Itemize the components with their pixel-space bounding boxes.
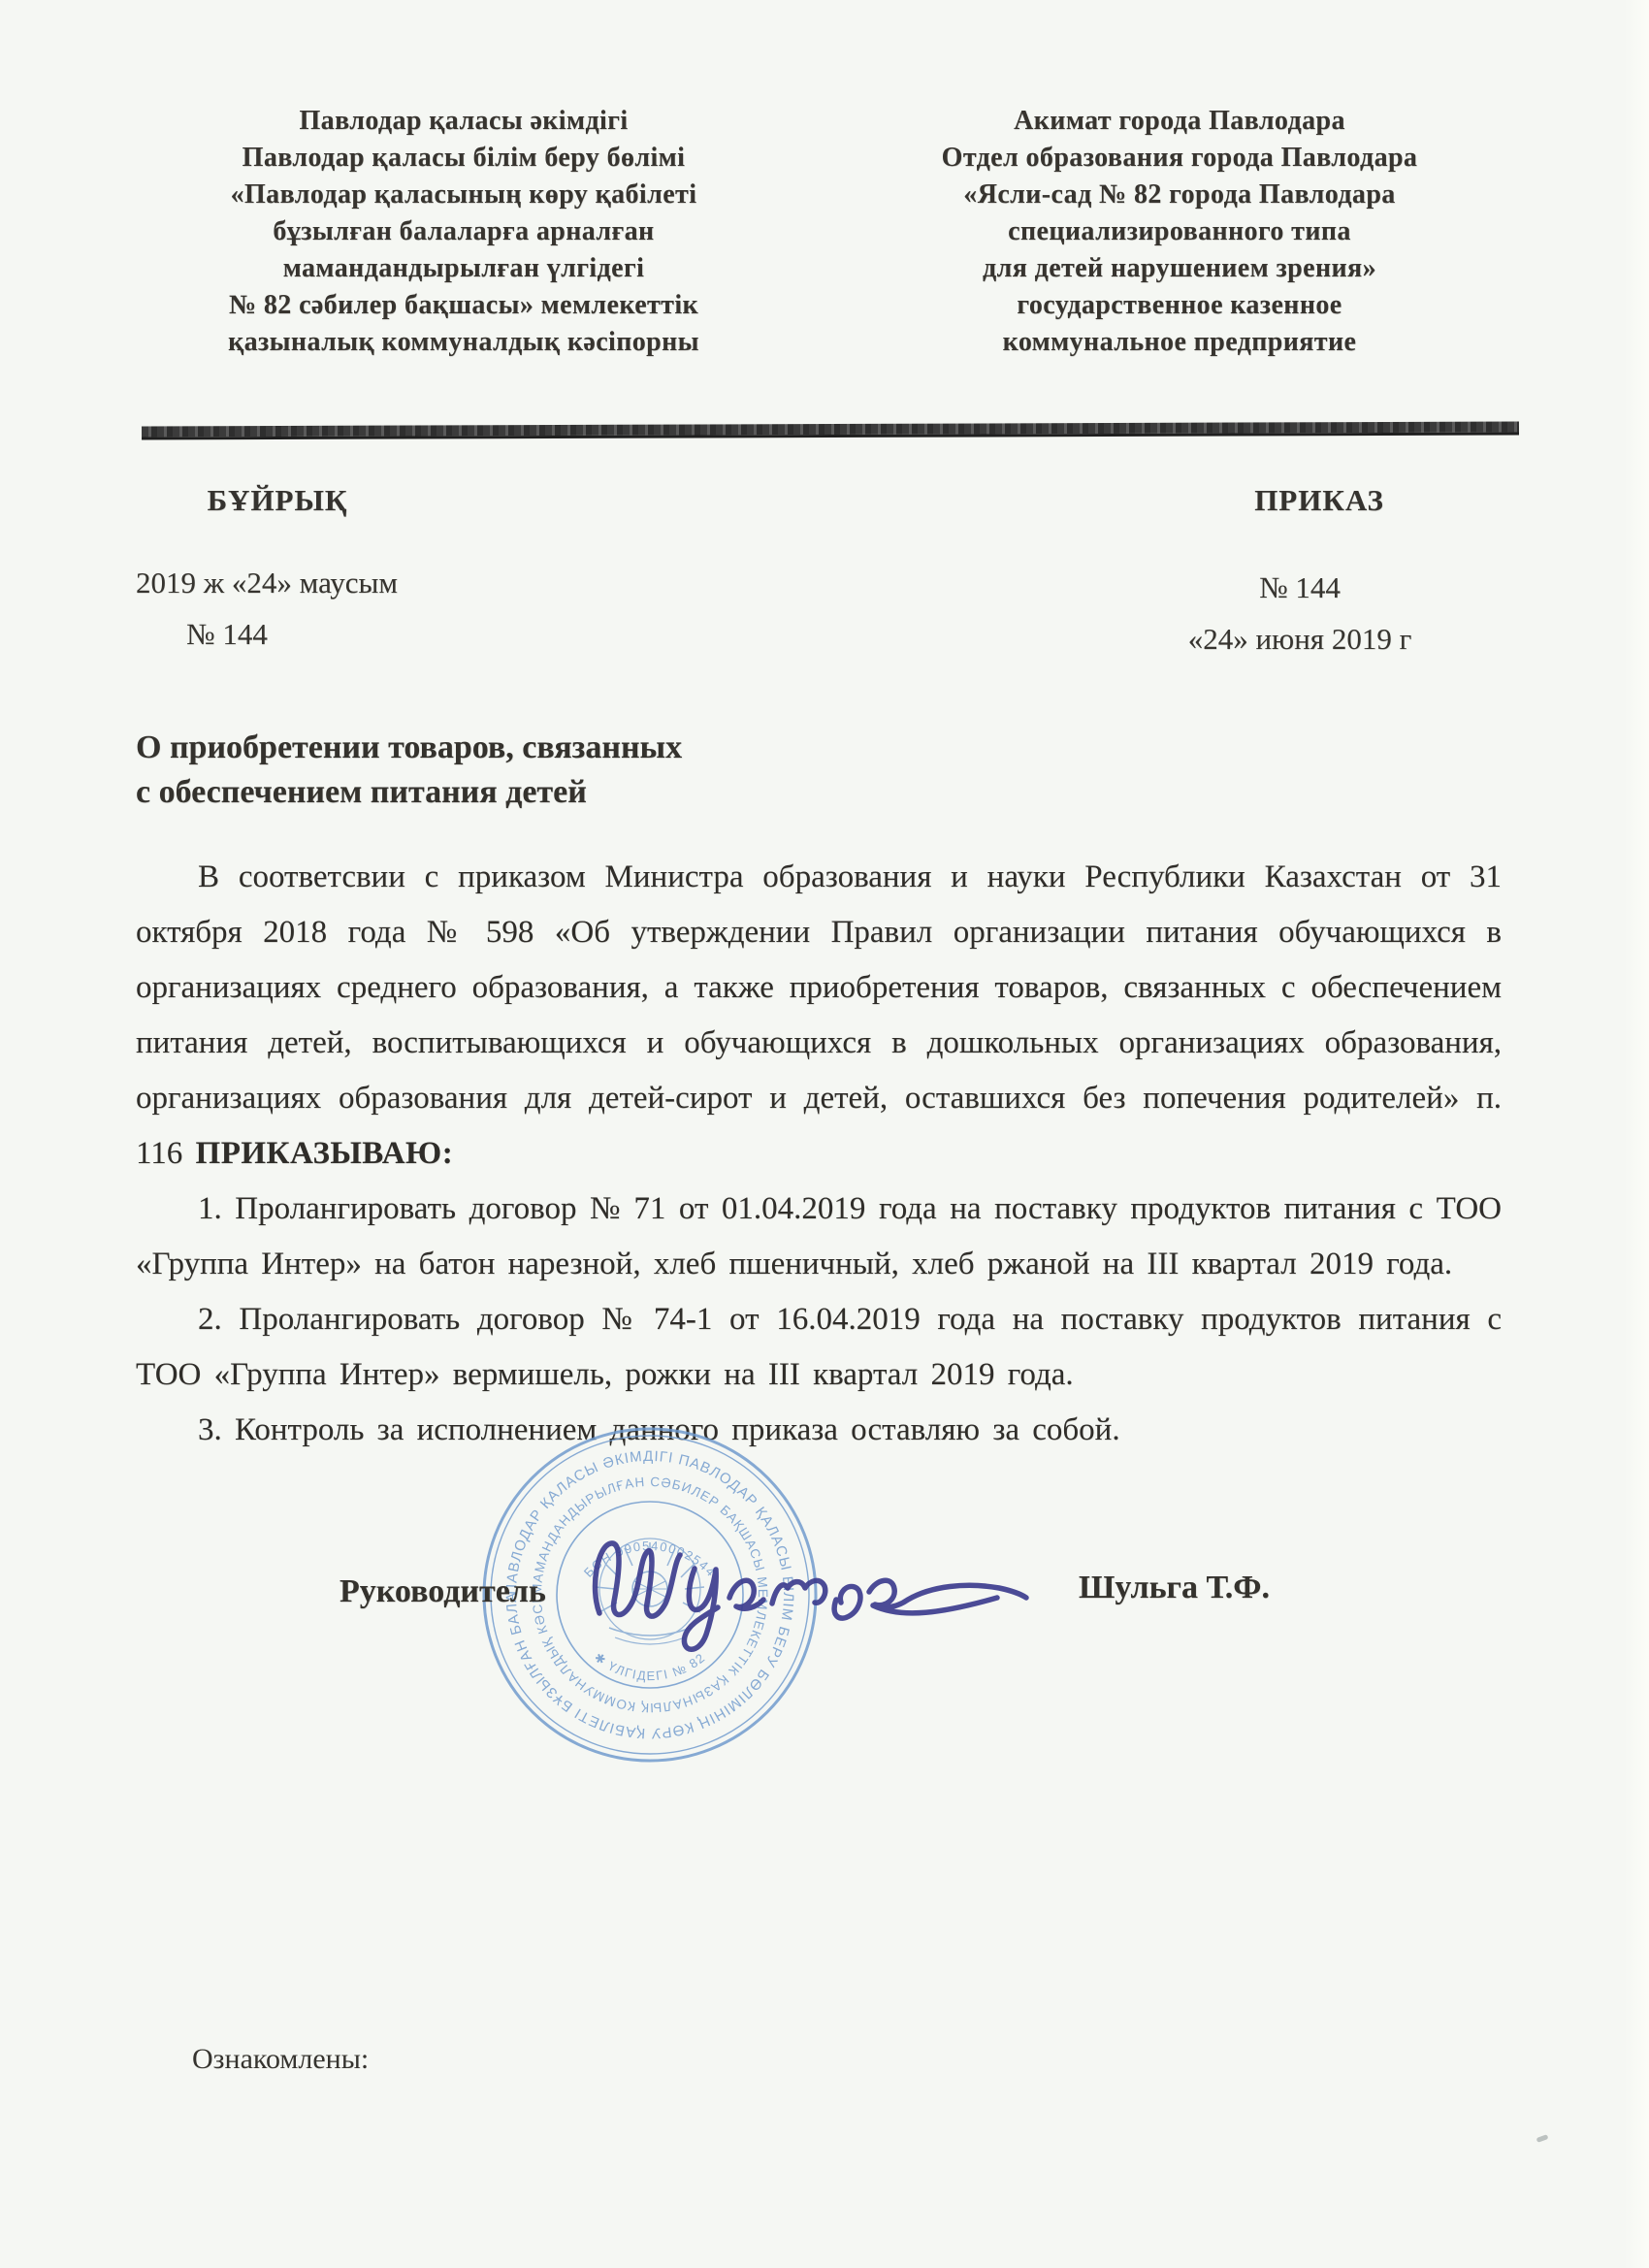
letterhead-ru-line: для детей нарушением зрения»: [832, 250, 1527, 287]
order-date-russian: «24» июня 2019 г: [1159, 622, 1440, 657]
order-subject: О приобретении товаров, связанных с обес…: [136, 726, 682, 815]
body-intro-paragraph: В соответсвии с приказом Министра образо…: [136, 850, 1502, 1182]
order-body: В соответсвии с приказом Министра образо…: [136, 850, 1502, 1458]
acknowledged-label: Ознакомлены:: [192, 2043, 369, 2076]
order-number-russian: № 144: [1203, 570, 1397, 605]
order-item-1: 1. Пролангировать договор № 71 от 01.04.…: [136, 1182, 1502, 1292]
order-number-kazakh: № 144: [186, 617, 268, 652]
letterhead-kk-line: «Павлодар қаласының көру қабілеті: [124, 177, 803, 213]
letterhead-ru-line: коммунальное предприятие: [832, 324, 1527, 361]
letterhead-kk-line: бұзылған балаларға арналған: [124, 213, 803, 250]
letterhead-kk-line: Павлодар қаласы әкімдігі: [124, 103, 803, 140]
order-title-russian: ПРИКАЗ: [1193, 483, 1445, 518]
scan-artifact: [1536, 2134, 1549, 2143]
letterhead-kk-line: қазыналық коммуналдық кәсіпорны: [124, 324, 803, 361]
letterhead-ru-line: государственное казенное: [832, 287, 1527, 324]
letterhead-kk-line: Павлодар қаласы білім беру бөлімі: [124, 140, 803, 177]
letterhead-ru-line: Акимат города Павлодара: [832, 103, 1527, 140]
order-item-2: 2. Пролангировать договор № 74-1 от 16.0…: [136, 1292, 1502, 1403]
letterhead-kk-line: мамандандырылған үлгідегі: [124, 250, 803, 287]
intro-text: В соответсвии с приказом Министра образо…: [136, 859, 1502, 1171]
letterhead-russian: Акимат города Павлодара Отдел образовани…: [832, 103, 1527, 361]
letterhead-kk-line: № 82 сәбилер бақшасы» мемлекеттік: [124, 287, 803, 324]
letterhead-ru-line: Отдел образования города Павлодара: [832, 140, 1527, 177]
letterhead-kazakh: Павлодар қаласы әкімдігі Павлодар қаласы…: [124, 103, 803, 361]
handwritten-signature: [582, 1499, 1038, 1673]
resolution-word: ПРИКАЗЫВАЮ:: [196, 1136, 454, 1171]
letterhead-ru-line: «Ясли-сад № 82 города Павлодара: [832, 177, 1527, 213]
letterhead-divider-rule: [142, 422, 1519, 440]
order-title-kazakh: БҰЙРЫҚ: [132, 483, 423, 518]
signature-name-label: Шульга Т.Ф.: [1079, 1570, 1270, 1606]
subject-line-2: с обеспечением питания детей: [136, 770, 682, 815]
signature-ink: [582, 1499, 1038, 1673]
scanned-order-document: Павлодар қаласы әкімдігі Павлодар қаласы…: [0, 0, 1649, 2268]
letterhead-ru-line: специализированного типа: [832, 213, 1527, 250]
subject-line-1: О приобретении товаров, связанных: [136, 726, 682, 770]
order-date-kazakh: 2019 ж «24» маусым: [136, 566, 398, 600]
signature-role-label: Руководитель: [339, 1573, 546, 1610]
